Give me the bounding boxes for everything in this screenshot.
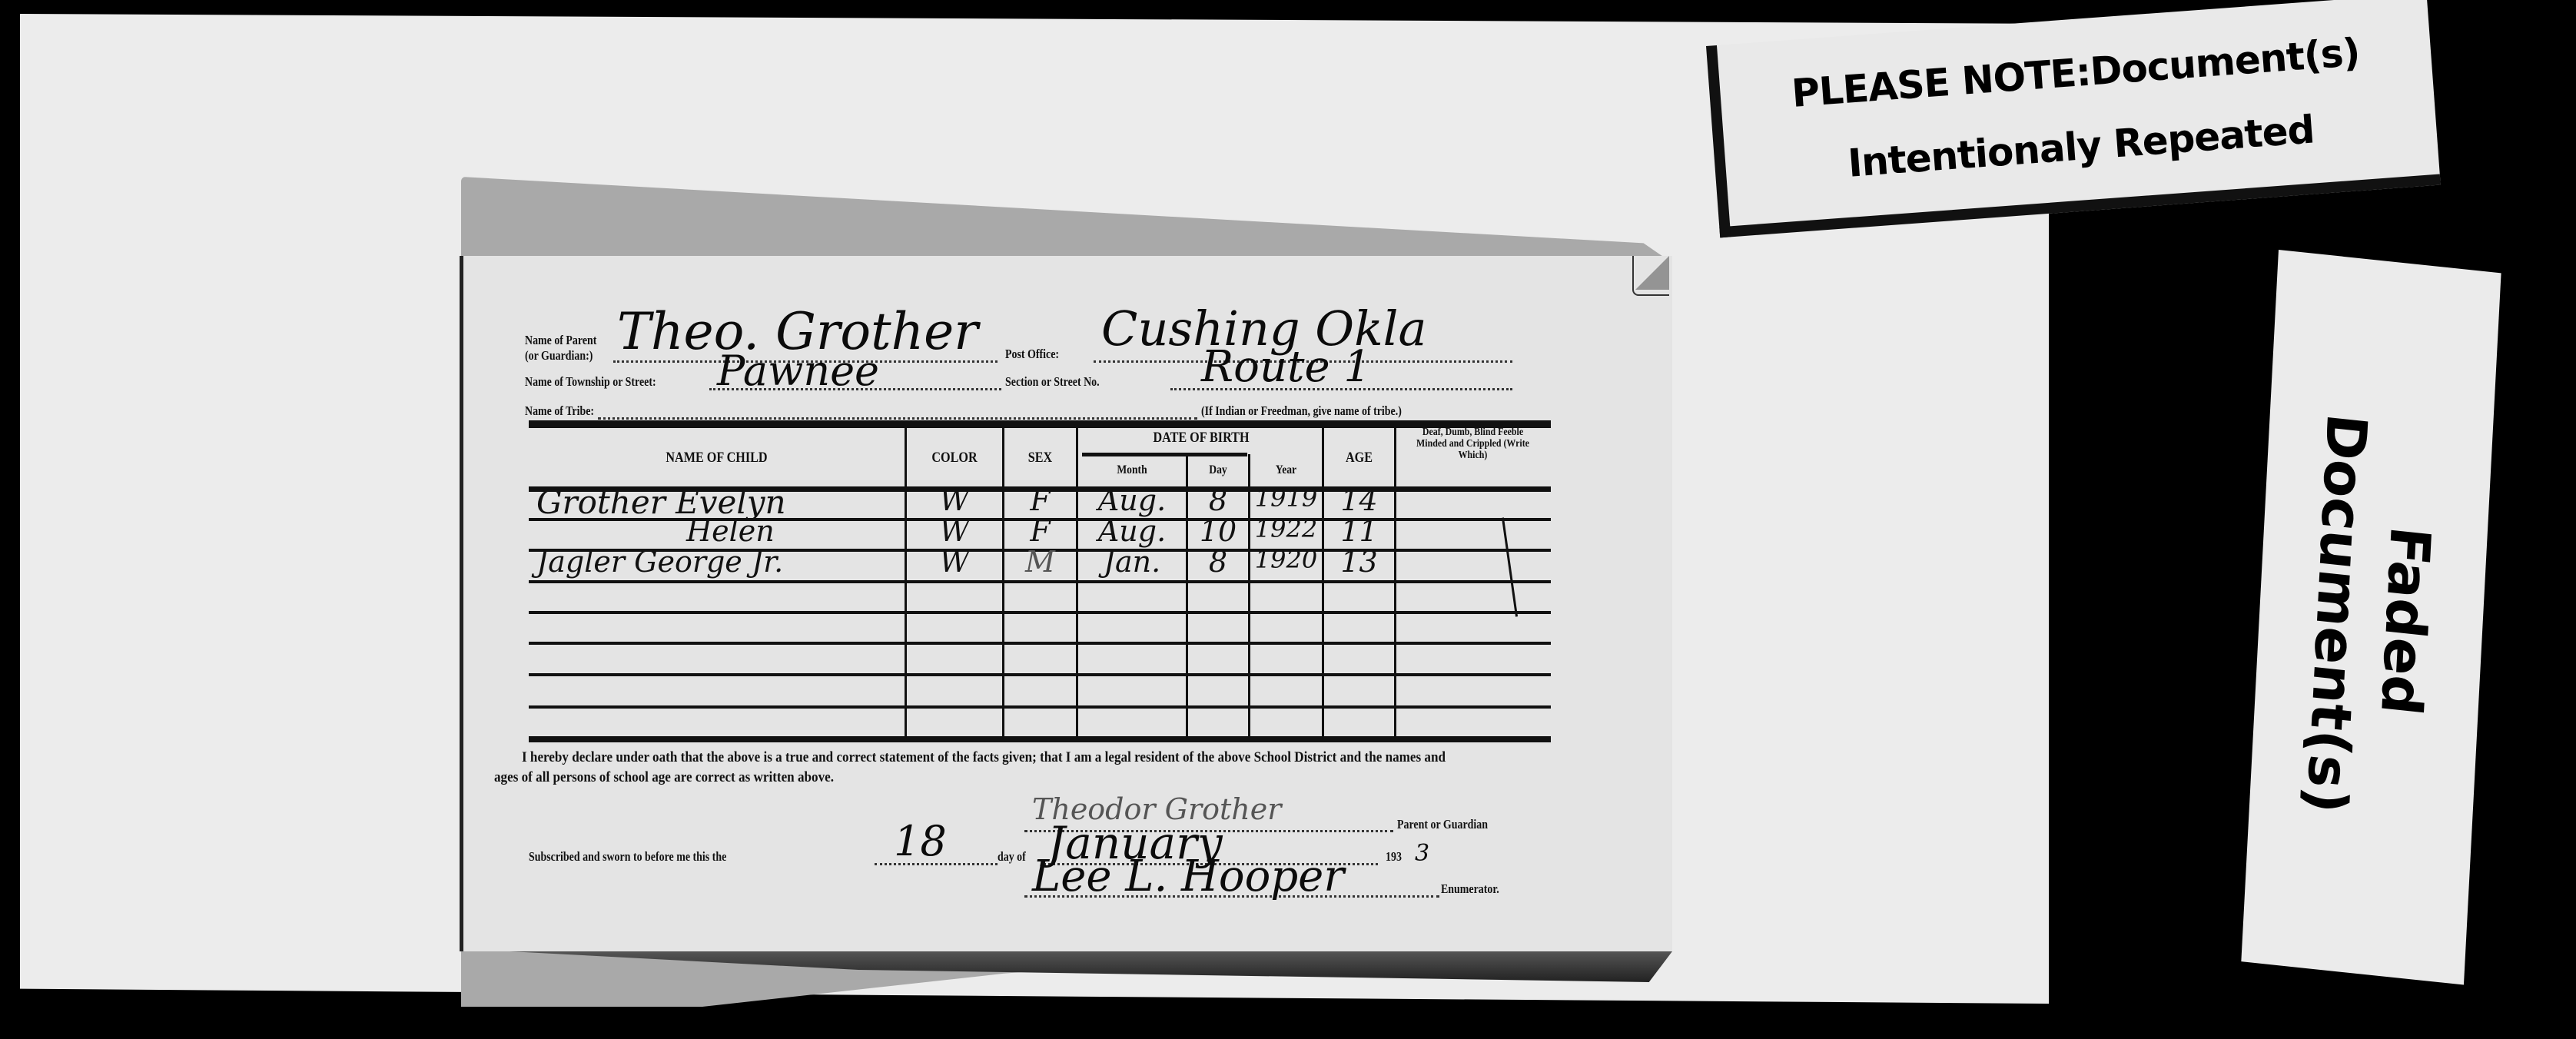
faded-document-label: Faded Document(s) — [2241, 250, 2501, 985]
header-name-of-child: NAME OF CHILD — [557, 450, 877, 466]
tribe-label: Name of Tribe: — [525, 403, 594, 419]
child-birth-month: Jan. — [1078, 545, 1186, 579]
tribe-note: (If Indian or Freedman, give name of tri… — [1201, 403, 1402, 419]
ditto-stroke-mark — [1502, 517, 1518, 616]
header-sex: SEX — [1010, 450, 1071, 466]
school-census-card: Name of Parent (or Guardian:) Theo. Grot… — [460, 256, 1672, 951]
child-birth-month: Aug. — [1078, 483, 1186, 517]
child-birth-year: 1922 — [1250, 514, 1322, 543]
header-month: Month — [1087, 463, 1178, 477]
child-name: Jagler George Jr. — [536, 545, 783, 579]
child-sex: F — [1004, 514, 1076, 548]
table-top-rule — [529, 420, 1551, 428]
col-divider — [905, 425, 907, 740]
section-label: Section or Street No. — [1005, 374, 1100, 390]
child-age: 14 — [1324, 483, 1394, 517]
township-value: Pawnee — [717, 347, 879, 395]
parent-or-guardian-label: Parent or Guardian — [1397, 817, 1488, 832]
header-age: AGE — [1329, 450, 1389, 466]
header-deaf-dumb-blind: Deaf, Dumb, Blind Feeble Minded and Crip… — [1409, 427, 1537, 461]
child-name: Helen — [686, 514, 775, 548]
oath-statement: I hereby declare under oath that the abo… — [494, 748, 1449, 788]
child-age: 13 — [1324, 545, 1394, 579]
township-label: Name of Township or Street: — [525, 374, 656, 390]
child-birth-day: 8 — [1188, 545, 1248, 579]
day-of-label: day of — [998, 849, 1026, 865]
dob-split-rule — [1082, 453, 1247, 456]
child-age: 11 — [1324, 514, 1394, 548]
col-divider — [1076, 425, 1078, 740]
sworn-label: Subscribed and sworn to before me this t… — [529, 849, 726, 865]
row-rule — [529, 705, 1551, 709]
child-sex: M — [1004, 545, 1076, 579]
header-date-of-birth: DATE OF BIRTH — [1097, 430, 1306, 446]
row-rule — [529, 642, 1551, 645]
child-birth-day: 8 — [1188, 483, 1248, 517]
child-sex: F — [1004, 483, 1076, 517]
child-birth-day: 10 — [1188, 514, 1248, 548]
year-prefix: 193 — [1386, 849, 1402, 865]
col-divider — [1322, 425, 1324, 740]
header-year: Year — [1256, 463, 1316, 477]
faded-label-text: Faded Document(s) — [2292, 410, 2451, 824]
child-birth-year: 1920 — [1250, 545, 1322, 574]
notice-line-2: Intentionaly Repeated — [1847, 107, 2316, 185]
col-divider — [1394, 425, 1396, 740]
row-rule — [529, 611, 1551, 614]
enumerator-label: Enumerator. — [1441, 881, 1499, 897]
enumerator-signature: Lee L. Hooper — [1032, 851, 1344, 901]
card-corner-mark — [1632, 256, 1669, 296]
tribe-line — [598, 417, 1197, 420]
row-rule — [529, 673, 1551, 676]
child-color: W — [907, 545, 1002, 579]
parent-label-line1: Name of Parent — [525, 333, 596, 348]
sworn-day: 18 — [894, 817, 947, 865]
child-color: W — [907, 514, 1002, 548]
year-suffix: 3 — [1415, 840, 1429, 867]
col-divider — [1002, 425, 1004, 740]
section-value: Route 1 — [1201, 342, 1371, 392]
child-birth-year: 1919 — [1250, 483, 1322, 513]
post-office-label: Post Office: — [1005, 347, 1059, 362]
table-bottom-rule — [529, 736, 1551, 742]
row-rule — [529, 580, 1551, 583]
header-day: Day — [1193, 463, 1243, 477]
notice-line-1: PLEASE NOTE:Document(s) — [1790, 30, 2361, 116]
parent-label-line2: (or Guardian:) — [525, 348, 593, 363]
child-color: W — [907, 483, 1002, 517]
header-color: COLOR — [914, 450, 994, 466]
child-birth-month: Aug. — [1078, 514, 1186, 548]
